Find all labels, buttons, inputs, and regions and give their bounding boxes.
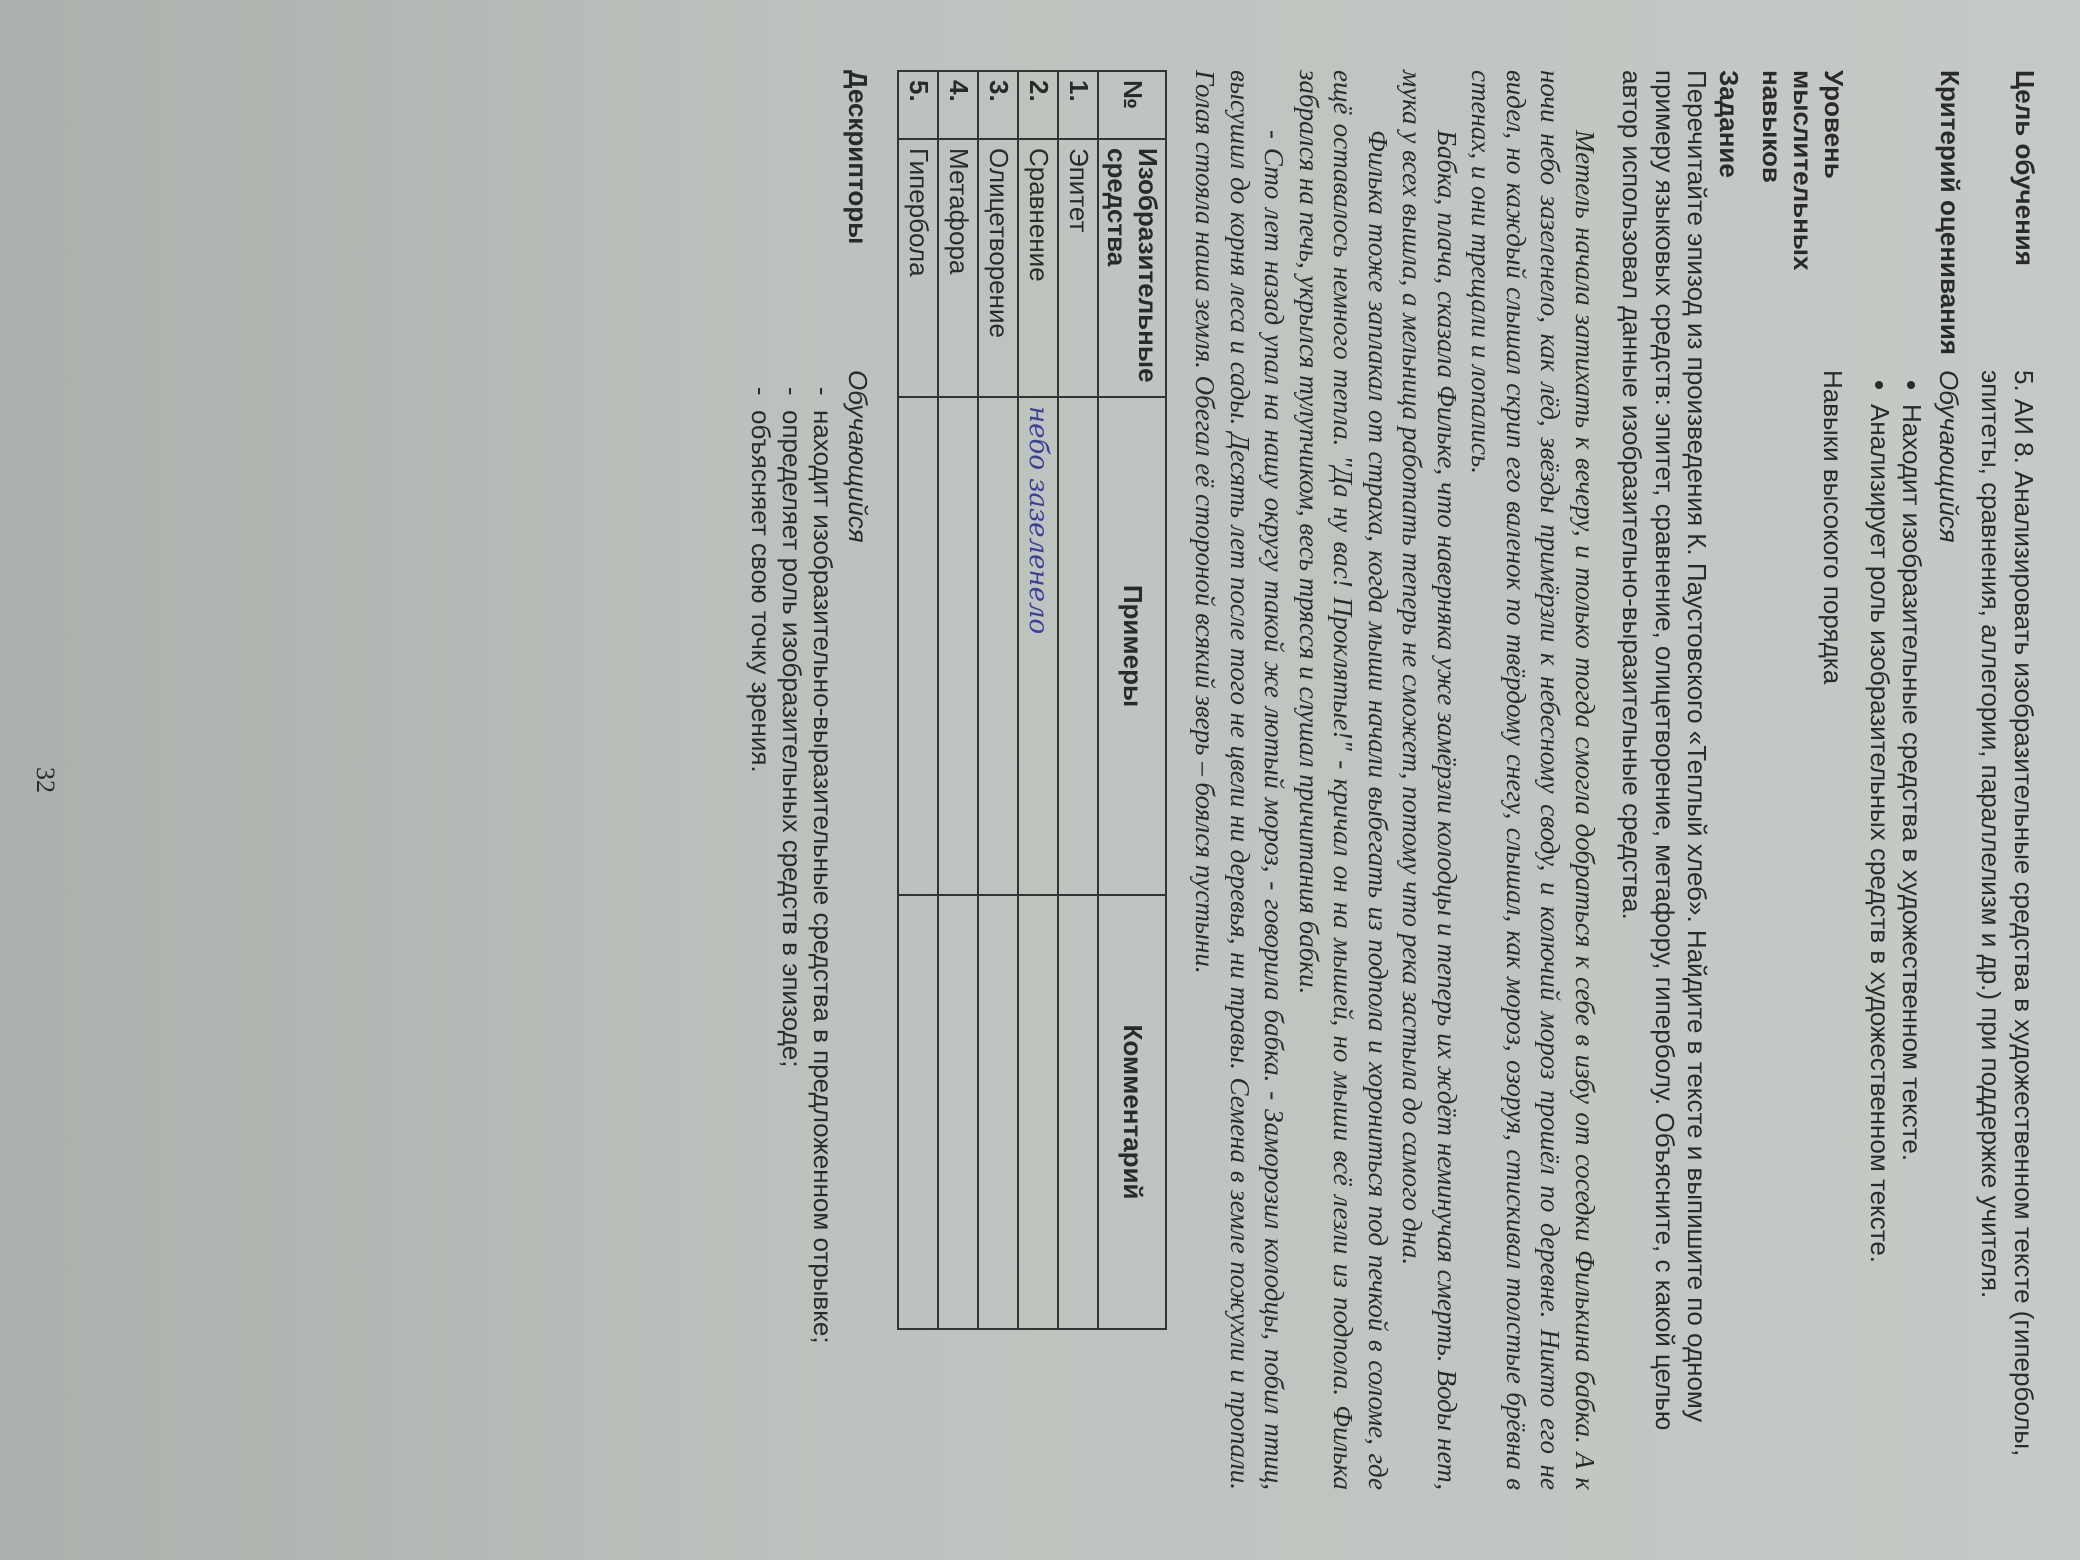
- goal-label: Цель обучения: [1975, 70, 2040, 370]
- col-header: Изобразительные средства: [1098, 139, 1166, 397]
- descriptor-item: находит изобразительно-выразительные сре…: [807, 410, 838, 1344]
- descriptor-item: объясняет свою точку зрения.: [745, 410, 776, 1344]
- excerpt: Метель начала затихать к вечеру, и тольк…: [1187, 70, 1602, 1490]
- col-header: №: [1098, 71, 1166, 139]
- col-header: Примеры: [1098, 397, 1166, 895]
- table-row: 1.Эпитет: [1058, 71, 1098, 1329]
- criteria-label: Критерий оценивания: [1860, 70, 1966, 370]
- descriptor-item: определяет роль изобразительных средств …: [776, 410, 807, 1344]
- task-text: Перечитайте эпизод из произведения К. Па…: [1616, 70, 1714, 1490]
- table-row: 2.Сравнениенебо зазеленело: [1018, 71, 1058, 1329]
- excerpt-paragraph: - Сто лет назад упал на нашу округу тако…: [1187, 70, 1291, 1490]
- handwritten-answer: небо зазеленело: [1018, 397, 1058, 895]
- criteria-row: Критерий оценивания Обучающийся Находит …: [1860, 70, 1966, 1490]
- goal-row: Цель обучения 5. АИ 8. Анализировать изо…: [1975, 70, 2040, 1490]
- excerpt-paragraph: Метель начала затихать к вечеру, и тольк…: [1464, 70, 1602, 1490]
- document-page: Цель обучения 5. АИ 8. Анализировать изо…: [0, 0, 2080, 1560]
- devices-table: № Изобразительные средства Примеры Комме…: [897, 70, 1167, 1330]
- criteria-item: Анализирует роль изобразительных средств…: [1864, 404, 1897, 1490]
- criteria-intro: Обучающийся: [1934, 370, 1964, 543]
- descriptors-label: Дескрипторы: [741, 70, 873, 370]
- goal-text: 5. АИ 8. Анализировать изобразительные с…: [1975, 370, 2040, 1490]
- descriptors-intro: Обучающийся: [843, 370, 873, 543]
- level-label: Уровень мыслительных навыков: [1757, 70, 1850, 370]
- descriptors: Дескрипторы Обучающийся находит изобрази…: [741, 70, 873, 1490]
- task-label: Задание: [1714, 70, 1745, 1490]
- table-row: 3.Олицетворение: [978, 71, 1018, 1329]
- criteria-item: Находит изобразительные средства в худож…: [1896, 404, 1929, 1490]
- excerpt-paragraph: Филька тоже заплакал от страха, когда мы…: [1291, 70, 1395, 1490]
- page-number: 32: [30, 0, 60, 1560]
- col-header: Комментарий: [1098, 895, 1166, 1329]
- level-text: Навыки высокого порядка: [1757, 370, 1850, 1490]
- level-row: Уровень мыслительных навыков Навыки высо…: [1757, 70, 1850, 1490]
- table-row: 5.Гипербола: [898, 71, 938, 1329]
- excerpt-paragraph: Бабка, плача, сказала Фильке, что наверн…: [1395, 70, 1464, 1490]
- table-row: 4.Метафора: [938, 71, 978, 1329]
